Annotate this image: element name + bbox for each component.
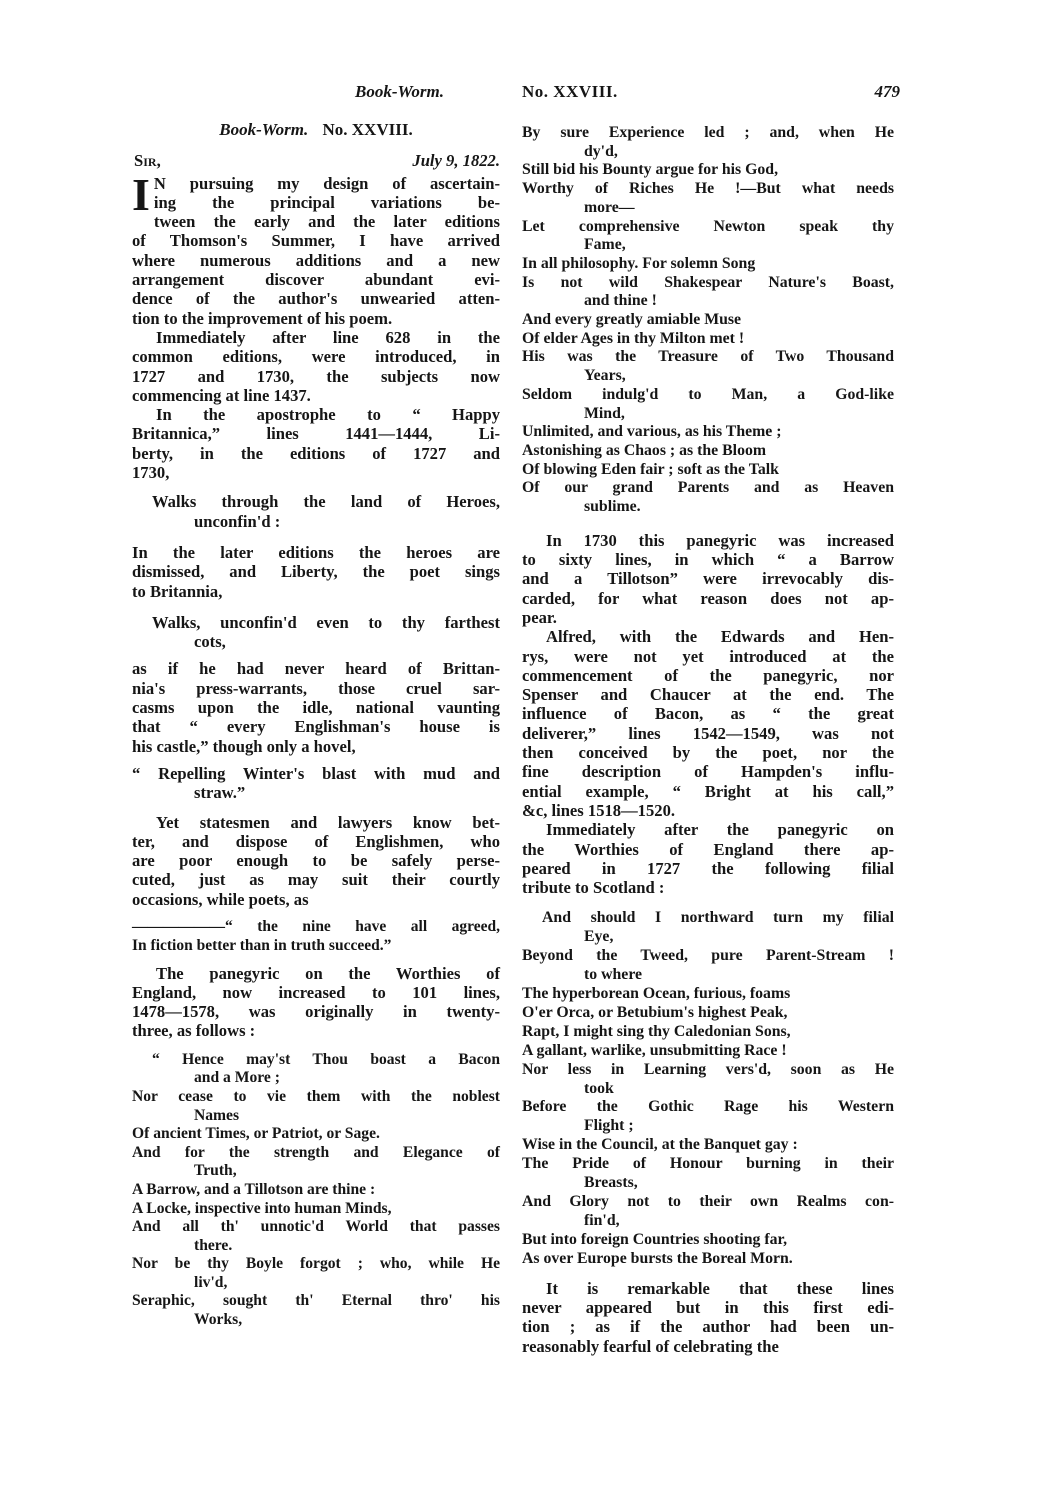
verse-line: Walks, unconfin'd even to thy farthest bbox=[132, 613, 500, 632]
running-head-title: Book-Worm. bbox=[355, 82, 444, 102]
verse-line: Flight ; bbox=[522, 1117, 894, 1136]
verse-line: Fame, bbox=[522, 236, 894, 255]
paragraph-11: It is remarkable that these linesnever a… bbox=[522, 1279, 894, 1356]
left-column: Book-Worm. No. XXVIII. Sir, July 9, 1822… bbox=[132, 120, 500, 1338]
verse-line: Is not wild Shakespear Nature's Boast, bbox=[522, 274, 894, 293]
paragraph-6: Yet statesmen and lawyers know bet-ter, … bbox=[132, 813, 500, 909]
verse-line: The Pride of Honour burning in their bbox=[522, 1155, 894, 1174]
verse-line: A gallant, warlike, unsubmitting Race ! bbox=[522, 1042, 894, 1061]
text-line: Britannica,” lines 1441—1444, Li- bbox=[132, 424, 500, 443]
verse-line: Truth, bbox=[132, 1162, 500, 1181]
verse-line: And should I northward turn my filial bbox=[522, 909, 894, 928]
text-line: berty, in the editions of 1727 and bbox=[132, 444, 500, 463]
verse-line: Beyond the Tweed, pure Parent-Stream ! bbox=[522, 947, 894, 966]
verse-line: Of blowing Eden fair ; soft as the Talk bbox=[522, 461, 894, 480]
text-line: tion ; as if the author had been un- bbox=[522, 1317, 894, 1336]
verse-line: As over Europe bursts the Boreal Morn. bbox=[522, 1250, 894, 1269]
verse-line: Years, bbox=[522, 367, 894, 386]
verse-line: Eye, bbox=[522, 928, 894, 947]
text-line: commencement of the panegyric, nor bbox=[522, 666, 894, 685]
text-line: deliverer,” lines 1542—1549, was not bbox=[522, 724, 894, 743]
text-line: peared in 1727 the following filial bbox=[522, 859, 894, 878]
couplet-quote: ——————“ the nine have all agreed,In fict… bbox=[132, 917, 500, 956]
verse-line: And Glory not to their own Realms con- bbox=[522, 1193, 894, 1212]
article-title-number: No. XXVIII. bbox=[322, 120, 412, 139]
verse-line: dy'd, bbox=[522, 143, 894, 162]
text-line: In the apostrophe to “ Happy bbox=[132, 405, 500, 424]
verse-line: O'er Orca, or Betubium's highest Peak, bbox=[522, 1004, 894, 1023]
verse-line: Still bid his Bounty argue for his God, bbox=[522, 161, 894, 180]
verse-line: Seraphic, sought th' Eternal thro' his bbox=[132, 1292, 500, 1311]
verse-quote-2: Walks, unconfin'd even to thy farthestco… bbox=[132, 613, 500, 652]
verse-line: By sure Experience led ; and, when He bbox=[522, 124, 894, 143]
verse-line: and a More ; bbox=[132, 1069, 500, 1088]
paragraph-5: as if he had never heard of Brittan-nia'… bbox=[132, 659, 500, 755]
verse-line: And for the strength and Elegance of bbox=[132, 1144, 500, 1163]
paragraph-8: In 1730 this panegyric was increasedto s… bbox=[522, 531, 894, 627]
verse-line: fin'd, bbox=[522, 1212, 894, 1231]
text-line: carded, for what reason does not ap- bbox=[522, 589, 894, 608]
text-line: ——————“ the nine have all agreed, bbox=[132, 917, 500, 936]
text-line: cuted, just as may suit their courtly bbox=[132, 870, 500, 889]
verse-line: Breasts, bbox=[522, 1174, 894, 1193]
paragraph-2: Immediately after line 628 in thecommon … bbox=[132, 328, 500, 405]
text-line: where numerous additions and a new bbox=[132, 251, 500, 270]
verse-line: Rapt, I might sing thy Caledonian Sons, bbox=[522, 1023, 894, 1042]
text-line: Immediately after the panegyric on bbox=[522, 820, 894, 839]
verse-panegyric: “ Hence may'st Thou boast a Baconand a M… bbox=[132, 1051, 500, 1330]
text-line: commencing at line 1437. bbox=[132, 386, 500, 405]
text-line: then conceived by the poet, nor the bbox=[522, 743, 894, 762]
text-line: rys, were not yet introduced at the bbox=[522, 647, 894, 666]
text-line: ential example, “ Bright at his call,” bbox=[522, 782, 894, 801]
text-line: and a Tillotson” were irrevocably dis- bbox=[522, 569, 894, 588]
paragraph-10: Immediately after the panegyric onthe Wo… bbox=[522, 820, 894, 897]
verse-line: Of ancient Times, or Patriot, or Sage. bbox=[132, 1125, 500, 1144]
text-line: In 1730 this panegyric was increased bbox=[522, 531, 894, 550]
verse-line: A Locke, inspective into human Minds, bbox=[132, 1200, 500, 1219]
verse-line: And all th' unnotic'd World that passes bbox=[132, 1218, 500, 1237]
text-line: that “ every Englishman's house is bbox=[132, 717, 500, 736]
text-line: never appeared but in this first edi- bbox=[522, 1298, 894, 1317]
text-line: Spenser and Chaucer at the end. The bbox=[522, 685, 894, 704]
text-line: N pursuing my design of ascertain- bbox=[132, 174, 500, 193]
text-line: tween the early and the later editions bbox=[132, 212, 500, 231]
text-line: It is remarkable that these lines bbox=[522, 1279, 894, 1298]
verse-line: and thine ! bbox=[522, 292, 894, 311]
verse-line: Let comprehensive Newton speak thy bbox=[522, 218, 894, 237]
text-line: Alfred, with the Edwards and Hen- bbox=[522, 627, 894, 646]
verse-line: A Barrow, and a Tillotson are thine : bbox=[132, 1181, 500, 1200]
verse-line: Wise in the Council, at the Banquet gay … bbox=[522, 1136, 894, 1155]
paragraph-9: Alfred, with the Edwards and Hen-rys, we… bbox=[522, 627, 894, 820]
salutation-line: Sir, July 9, 1822. bbox=[132, 151, 500, 170]
verse-line: straw.” bbox=[132, 783, 500, 802]
verse-line: But into foreign Countries shooting far, bbox=[522, 1231, 894, 1250]
verse-line: sublime. bbox=[522, 498, 894, 517]
verse-panegyric-continued: By sure Experience led ; and, when Hedy'… bbox=[522, 124, 894, 517]
text-line: England, now increased to 101 lines, bbox=[132, 983, 500, 1002]
verse-line: Of our grand Parents and as Heaven bbox=[522, 479, 894, 498]
text-line: In the later editions the heroes are bbox=[132, 543, 500, 562]
verse-line: to where bbox=[522, 966, 894, 985]
text-line: tribute to Scotland : bbox=[522, 878, 894, 897]
verse-line: Of elder Ages in thy Milton met ! bbox=[522, 330, 894, 349]
text-line: 1727 and 1730, the subjects now bbox=[132, 367, 500, 386]
letter-date: July 9, 1822. bbox=[412, 151, 500, 170]
running-head-number: No. XXVIII. bbox=[522, 82, 618, 102]
text-line: as if he had never heard of Brittan- bbox=[132, 659, 500, 678]
text-line: of Thomson's Summer, I have arrived bbox=[132, 231, 500, 250]
verse-line: unconfin'd : bbox=[132, 512, 500, 531]
verse-line: Nor less in Learning vers'd, soon as He bbox=[522, 1061, 894, 1080]
article-title-series: Book-Worm. bbox=[219, 120, 308, 139]
verse-line: Before the Gothic Rage his Western bbox=[522, 1098, 894, 1117]
text-line: his castle,” though only a hovel, bbox=[132, 737, 500, 756]
text-line: dence of the author's unwearied atten- bbox=[132, 289, 500, 308]
text-line: &c, lines 1518—1520. bbox=[522, 801, 894, 820]
verse-line: Seldom indulg'd to Man, a God-like bbox=[522, 386, 894, 405]
running-head: Book-Worm. No. XXVIII. 479 bbox=[355, 82, 900, 106]
text-line: occasions, while poets, as bbox=[132, 890, 500, 909]
text-line: nia's press-warrants, those cruel sar- bbox=[132, 679, 500, 698]
text-line: influence of Bacon, as “ the great bbox=[522, 704, 894, 723]
page-number: 479 bbox=[875, 82, 901, 102]
text-line: reasonably fearful of celebrating the bbox=[522, 1337, 894, 1356]
verse-line: In all philosophy. For solemn Song bbox=[522, 255, 894, 274]
text-line: Immediately after line 628 in the bbox=[132, 328, 500, 347]
verse-line: The hyperborean Ocean, furious, foams bbox=[522, 985, 894, 1004]
verse-line: Names bbox=[132, 1107, 500, 1126]
text-line: to Britannia, bbox=[132, 582, 500, 601]
text-line: 1478—1578, was originally in twenty- bbox=[132, 1002, 500, 1021]
text-line: dismissed, and Liberty, the poet sings bbox=[132, 562, 500, 581]
verse-quote-1: Walks through the land of Heroes,unconfi… bbox=[132, 492, 500, 531]
verse-line: more— bbox=[522, 199, 894, 218]
paragraph-3: In the apostrophe to “ HappyBritannica,”… bbox=[132, 405, 500, 482]
text-line: to sixty lines, in which “ a Barrow bbox=[522, 550, 894, 569]
verse-line: took bbox=[522, 1080, 894, 1099]
verse-line: Worthy of Riches He !—But what needs bbox=[522, 180, 894, 199]
text-line: pear. bbox=[522, 608, 894, 627]
verse-line: “ Repelling Winter's blast with mud and bbox=[132, 764, 500, 783]
text-line: fine description of Hampden's influ- bbox=[522, 762, 894, 781]
verse-line: Nor be thy Boyle forgot ; who, while He bbox=[132, 1255, 500, 1274]
text-line: the Worthies of England there ap- bbox=[522, 840, 894, 859]
text-line: The panegyric on the Worthies of bbox=[132, 964, 500, 983]
text-line: tion to the improvement of his poem. bbox=[132, 309, 500, 328]
salutation: Sir, bbox=[134, 151, 161, 170]
paragraph-1: I N pursuing my design of ascertain-ing … bbox=[132, 174, 500, 328]
verse-line: Astonishing as Chaos ; as the Bloom bbox=[522, 442, 894, 461]
paragraph-7: The panegyric on the Worthies ofEngland,… bbox=[132, 964, 500, 1041]
text-line: Yet statesmen and lawyers know bet- bbox=[132, 813, 500, 832]
verse-line: cots, bbox=[132, 632, 500, 651]
paragraph-4: In the later editions the heroes aredism… bbox=[132, 543, 500, 601]
verse-quote-3: “ Repelling Winter's blast with mud ands… bbox=[132, 764, 500, 803]
text-line: casms upon the idle, national vaunting bbox=[132, 698, 500, 717]
book-page: Book-Worm. No. XXVIII. 479 Book-Worm. No… bbox=[0, 0, 1044, 1499]
right-column: By sure Experience led ; and, when Hedy'… bbox=[522, 124, 894, 1356]
verse-line: Nor cease to vie them with the noblest bbox=[132, 1088, 500, 1107]
verse-line: His was the Treasure of Two Thousand bbox=[522, 348, 894, 367]
text-line: three, as follows : bbox=[132, 1021, 500, 1040]
text-line: are poor enough to be safely perse- bbox=[132, 851, 500, 870]
verse-line: liv'd, bbox=[132, 1274, 500, 1293]
verse-line: “ Hence may'st Thou boast a Bacon bbox=[132, 1051, 500, 1070]
text-line: 1730, bbox=[132, 463, 500, 482]
verse-scotland: And should I northward turn my filialEye… bbox=[522, 909, 894, 1268]
drop-cap: I bbox=[132, 177, 150, 213]
verse-line: Walks through the land of Heroes, bbox=[132, 492, 500, 511]
verse-line: there. bbox=[132, 1237, 500, 1256]
text-line: In fiction better than in truth succeed.… bbox=[132, 936, 500, 955]
article-title: Book-Worm. No. XXVIII. bbox=[132, 120, 500, 139]
verse-line: Mind, bbox=[522, 405, 894, 424]
verse-line: And every greatly amiable Muse bbox=[522, 311, 894, 330]
text-line: common editions, were introduced, in bbox=[132, 347, 500, 366]
text-line: ing the principal variations be- bbox=[132, 193, 500, 212]
paragraph-1-text: N pursuing my design of ascertain-ing th… bbox=[132, 174, 500, 328]
verse-line: Works, bbox=[132, 1311, 500, 1330]
verse-line: Unlimited, and various, as his Theme ; bbox=[522, 423, 894, 442]
text-line: ter, and dispose of Englishmen, who bbox=[132, 832, 500, 851]
text-line: arrangement discover abundant evi- bbox=[132, 270, 500, 289]
